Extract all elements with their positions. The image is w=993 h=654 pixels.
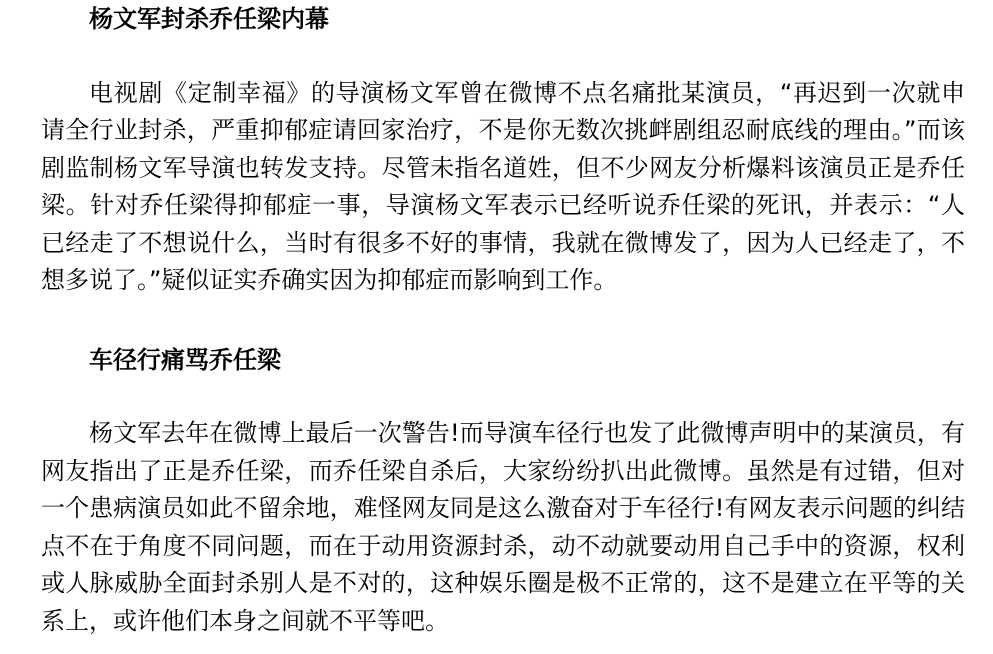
section-paragraph-chejingxing-block: 杨文军去年在微博上最后一次警告!而导演车径行也发了此微博声明中的某演员，有网友指… (41, 415, 965, 640)
section-heading-chejingxing-block: 车径行痛骂乔任梁 (41, 342, 965, 380)
section-paragraph-yangwenjun-block: 电视剧《定制幸福》的导演杨文军曾在微博不点名痛批某演员，“再迟到一次就申请全行业… (41, 75, 965, 300)
article: 杨文军封杀乔任梁内幕 电视剧《定制幸福》的导演杨文军曾在微博不点名痛批某演员，“… (0, 0, 993, 654)
section-heading-yangwenjun-block: 杨文军封杀乔任梁内幕 (41, 1, 965, 39)
